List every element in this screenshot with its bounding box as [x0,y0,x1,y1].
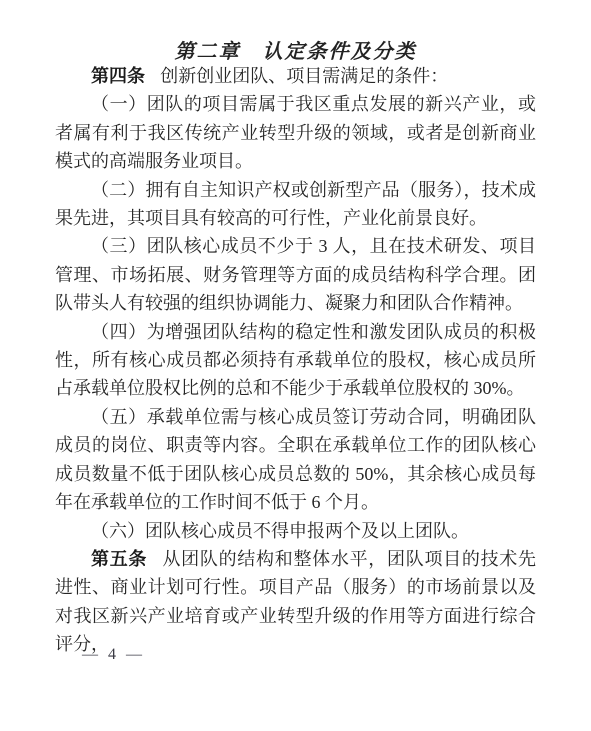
item-5-paragraph: （五）承载单位需与核心成员签订劳动合同，明确团队成员的岗位、职责等内容。全职在承… [55,403,536,517]
page-number: — 4 — [82,646,145,664]
item-5-text: （五）承载单位需与核心成员签订劳动合同，明确团队成员的岗位、职责等内容。全职在承… [55,407,536,512]
item-6-text: （六）团队核心成员不得申报两个及以上团队。 [91,521,469,541]
item-4-text: （四）为增强团队结构的稳定性和激发团队成员的积极性，所有核心成员都必须持有承载单… [55,322,536,399]
article-4-text: 创新创业团队、项目需满足的条件： [160,66,448,86]
item-1-text: （一）团队的项目需属于我区重点发展的新兴产业，或者属有利于我区传统产业转型升级的… [55,94,536,171]
article-5-label: 第五条 [91,549,147,569]
article-4-paragraph: 第四条创新创业团队、项目需满足的条件： [55,62,536,90]
item-2-text: （二）拥有自主知识产权或创新型产品（服务），技术成果先进，其项目具有较高的可行性… [55,180,536,228]
item-2-paragraph: （二）拥有自主知识产权或创新型产品（服务），技术成果先进，其项目具有较高的可行性… [55,176,536,233]
article-4-label: 第四条 [91,66,145,86]
item-1-paragraph: （一）团队的项目需属于我区重点发展的新兴产业，或者属有利于我区传统产业转型升级的… [55,90,536,175]
article-5-paragraph: 第五条从团队的结构和整体水平，团队项目的技术先进性、商业计划可行性。项目产品（服… [55,545,536,659]
item-6-paragraph: （六）团队核心成员不得申报两个及以上团队。 [55,517,536,545]
item-3-text: （三）团队核心成员不少于 3 人，且在技术研发、项目管理、市场拓展、财务管理等方… [55,236,536,313]
item-3-paragraph: （三）团队核心成员不少于 3 人，且在技术研发、项目管理、市场拓展、财务管理等方… [55,232,536,317]
chapter-heading: 第二章 认定条件及分类 [55,35,536,64]
document-page: 第二章 认定条件及分类 第四条创新创业团队、项目需满足的条件： （一）团队的项目… [0,0,591,731]
document-body: 第四条创新创业团队、项目需满足的条件： （一）团队的项目需属于我区重点发展的新兴… [55,62,536,659]
item-4-paragraph: （四）为增强团队结构的稳定性和激发团队成员的积极性，所有核心成员都必须持有承载单… [55,318,536,403]
